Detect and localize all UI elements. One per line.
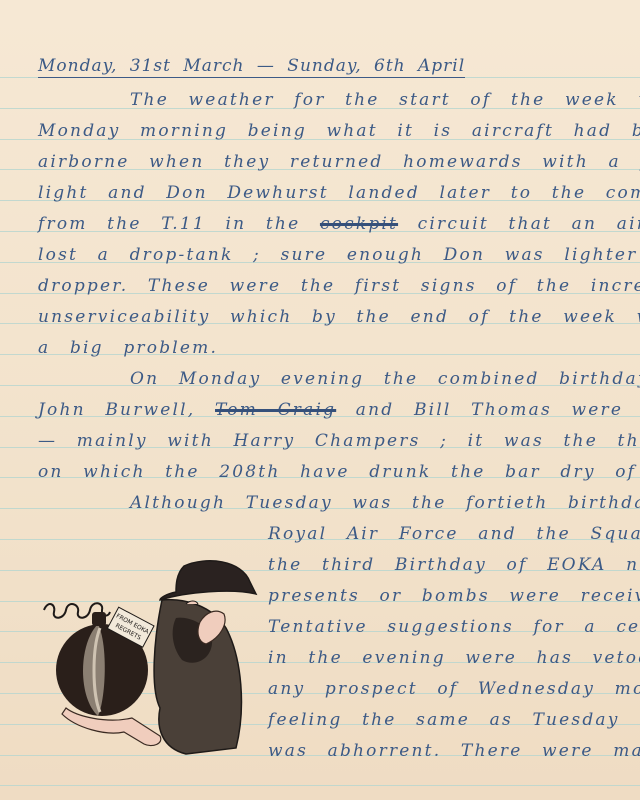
text-line: The weather for the start of the week wa… bbox=[130, 90, 640, 110]
text-line: a big problem. bbox=[38, 338, 218, 358]
text-segment: John Burwell, bbox=[38, 400, 215, 420]
text-line: the third Birthday of EOKA no cards, bbox=[268, 555, 640, 575]
text-line: Tentative suggestions for a celebration bbox=[268, 617, 640, 637]
text-line: on which the 208th have drunk the bar dr… bbox=[38, 462, 640, 482]
text-line: in the evening were has vetoed for bbox=[268, 648, 640, 668]
text-line: presents or bombs were received. bbox=[268, 586, 640, 606]
text-line: airborne when they returned homewards wi… bbox=[38, 152, 640, 172]
text-line: unserviceability which by the end of the… bbox=[38, 307, 640, 327]
text-line: feeling the same as Tuesday morning bbox=[268, 710, 640, 730]
text-line: lost a drop-tank ; sure enough Don was l… bbox=[38, 245, 640, 265]
text-line: light and Don Dewhurst landed later to t… bbox=[38, 183, 640, 203]
text-line: On Monday evening the combined birthdays… bbox=[130, 369, 640, 389]
text-line: Royal Air Force and the Squadron and bbox=[268, 524, 640, 544]
eoka-bomb-illustration: FROM EOKA REGRETS bbox=[36, 548, 268, 758]
ruled-line bbox=[0, 785, 640, 786]
text-line: any prospect of Wednesday morning bbox=[268, 679, 640, 699]
text-segment: from the T.11 in the bbox=[38, 214, 320, 234]
hat bbox=[160, 561, 256, 600]
text-line: — mainly with Harry Champers ; it was th… bbox=[38, 431, 640, 451]
text-line: was abhorrent. There were many bbox=[268, 741, 640, 761]
text-segment: and Bill Thomas were celebrated bbox=[336, 400, 640, 420]
text-line: Although Tuesday was the fortieth birthd… bbox=[130, 493, 640, 513]
page-heading: Monday, 31st March — Sunday, 6th April bbox=[38, 56, 465, 78]
text-line: John Burwell, Tom Craig and Bill Thomas … bbox=[38, 400, 640, 420]
text-line: dropper. These were the first signs of t… bbox=[38, 276, 640, 296]
text-segment: circuit that an aircraft had just bbox=[398, 214, 640, 234]
diary-page: Monday, 31st March — Sunday, 6th April T… bbox=[0, 0, 640, 800]
struck-word: Tom Craig bbox=[215, 400, 336, 420]
struck-word: cockpit bbox=[320, 214, 398, 234]
text-line: from the T.11 in the cockpit circuit tha… bbox=[38, 214, 640, 234]
text-line: Monday morning being what it is aircraft… bbox=[38, 121, 640, 141]
